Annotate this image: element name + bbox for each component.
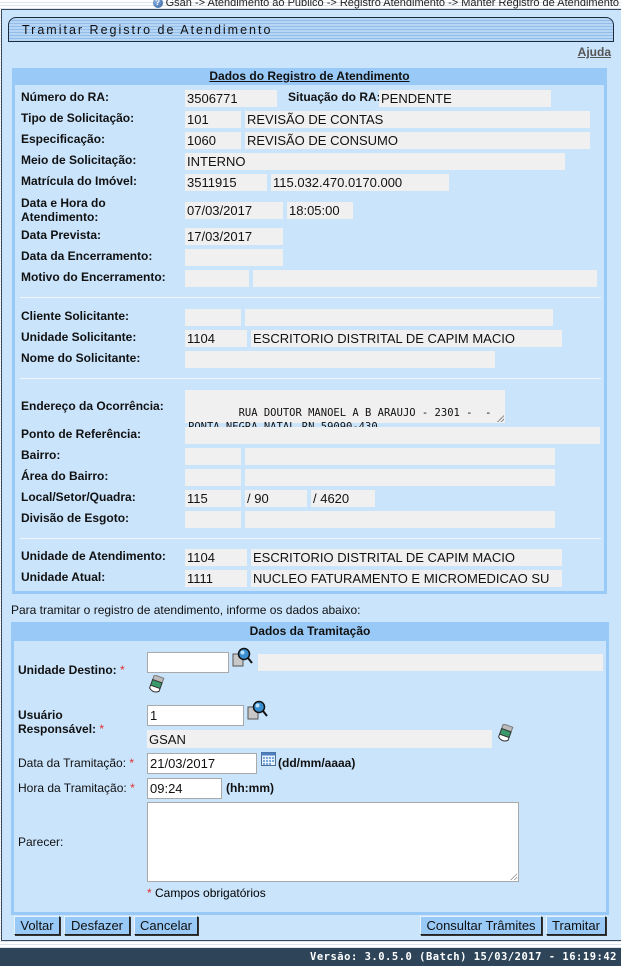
help-circle-icon: ? — [153, 0, 163, 8]
label-bairro: Bairro: — [21, 448, 60, 462]
ponto-referencia-value — [185, 427, 600, 444]
label-usuario-responsavel: UsuárioResponsável: * — [18, 708, 104, 736]
usuario-responsavel-input[interactable]: 1 — [147, 705, 244, 726]
divisao-esgoto-desc — [245, 511, 555, 528]
divisao-esgoto-code — [185, 511, 241, 528]
tipo-solicitacao-code: 101 — [185, 111, 241, 128]
window-title: Tramitar Registro de Atendimento — [22, 23, 272, 37]
resize-grip-icon[interactable] — [510, 873, 517, 880]
eraser-icon[interactable] — [147, 675, 165, 695]
parecer-textarea[interactable] — [147, 802, 519, 882]
endereco-ocorrencia-textarea[interactable]: RUA DOUTOR MANOEL A B ARAUJO - 2301 - - … — [185, 390, 505, 423]
label-data-tramitacao: Data da Tramitação: * — [18, 756, 134, 770]
data-prevista-value: 17/03/2017 — [185, 228, 283, 245]
divider — [20, 297, 601, 298]
eraser-icon[interactable] — [496, 724, 514, 744]
date-format-hint: (dd/mm/aaaa) — [278, 756, 355, 770]
label-parecer: Parecer: — [18, 835, 63, 849]
label-divisao-esgoto: Divisão de Esgoto: — [21, 511, 129, 525]
unidade-solicitante-code: 1104 — [185, 330, 247, 347]
motivo-encerramento-code — [185, 270, 249, 287]
cliente-solicitante-desc — [245, 309, 553, 326]
bairro-desc — [245, 448, 555, 465]
situacao-ra-value: PENDENTE — [379, 90, 551, 107]
tramitar-button[interactable]: Tramitar — [546, 916, 606, 935]
breadcrumb: ? Gsan -> Atendimento ao Publico -> Regi… — [153, 0, 619, 9]
matricula-code: 3511915 — [185, 174, 267, 191]
label-data-prevista: Data Prevista: — [21, 228, 101, 242]
hora-tramitacao-input[interactable]: 09:24 — [147, 778, 222, 799]
unidade-atual-desc: NUCLEO FATURAMENTO E MICROMEDICAO SU — [251, 570, 562, 587]
divider — [20, 378, 601, 379]
label-unidade-atendimento: Unidade de Atendimento: — [21, 549, 166, 563]
quadra-value: / 4620 — [311, 490, 375, 507]
intro-text: Para tramitar o registro de atendimento,… — [11, 603, 361, 617]
version-footer: Versão: 3.0.5.0 (Batch) 15/03/2017 - 16:… — [0, 948, 621, 966]
consultar-tramites-button[interactable]: Consultar Trâmites — [420, 916, 542, 935]
usuario-responsavel-desc: GSAN — [147, 730, 492, 748]
label-situacao-ra: Situação do RA: — [288, 90, 381, 104]
label-motivo-encerramento: Motivo do Encerramento: — [21, 270, 166, 284]
divider — [20, 538, 601, 539]
label-unidade-atual: Unidade Atual: — [21, 570, 105, 584]
cancelar-button[interactable]: Cancelar — [134, 916, 198, 935]
unidade-atual-code: 1111 — [185, 570, 247, 587]
unidade-solicitante-desc: ESCRITORIO DISTRITAL DE CAPIM MACIO — [251, 330, 562, 347]
meio-solicitacao-value: INTERNO — [185, 153, 565, 170]
motivo-encerramento-desc — [253, 270, 597, 287]
label-numero-ra: Número do RA: — [21, 90, 109, 104]
area-bairro-desc — [245, 469, 555, 486]
desfazer-button[interactable]: Desfazer — [64, 916, 130, 935]
data-tramitacao-input[interactable]: 21/03/2017 — [147, 753, 257, 774]
tramitacao-panel: Dados da Tramitação Unidade Destino: * U… — [11, 622, 609, 915]
title-bar: Tramitar Registro de Atendimento — [8, 17, 614, 42]
label-nome-solicitante: Nome do Solicitante: — [21, 351, 140, 365]
nome-solicitante-value — [185, 351, 495, 368]
data-encerramento-value — [185, 249, 283, 266]
label-unidade-solicitante: Unidade Solicitante: — [21, 330, 136, 344]
unidade-destino-input[interactable] — [147, 652, 229, 673]
breadcrumb-text: Gsan -> Atendimento ao Publico -> Regist… — [166, 0, 619, 9]
voltar-button[interactable]: Voltar — [14, 916, 60, 935]
calendar-icon[interactable] — [261, 752, 277, 767]
search-lookup-icon[interactable] — [247, 700, 269, 720]
required-fields-note: * Campos obrigatórios — [147, 886, 266, 900]
label-ponto-referencia: Ponto de Referência: — [21, 427, 141, 441]
unidade-atendimento-desc: ESCRITORIO DISTRITAL DE CAPIM MACIO — [251, 549, 562, 566]
ra-data-panel: Dados do Registro de Atendimento Número … — [12, 68, 607, 594]
cliente-solicitante-code — [185, 309, 241, 326]
especificacao-desc: REVISÃO DE CONSUMO — [245, 132, 590, 149]
area-bairro-code — [185, 469, 241, 486]
unidade-destino-desc — [258, 654, 603, 671]
label-endereco-ocorrencia: Endereço da Ocorrência: — [21, 399, 164, 413]
label-cliente-solicitante: Cliente Solicitante: — [21, 309, 129, 323]
resize-grip-icon[interactable] — [497, 415, 504, 422]
label-hora-tramitacao: Hora da Tramitação: * — [18, 781, 135, 795]
hora-atendimento-value: 18:05:00 — [287, 202, 353, 219]
setor-value: / 90 — [245, 490, 307, 507]
time-format-hint: (hh:mm) — [226, 781, 274, 795]
label-matricula-imovel: Matrícula do Imóvel: — [21, 174, 137, 188]
tramitacao-panel-title: Dados da Tramitação — [11, 622, 609, 641]
search-lookup-icon[interactable] — [232, 647, 254, 667]
label-area-bairro: Área do Bairro: — [21, 469, 108, 483]
label-data-encerramento: Data da Encerramento: — [21, 249, 152, 263]
especificacao-code: 1060 — [185, 132, 241, 149]
data-atendimento-value: 07/03/2017 — [185, 202, 283, 219]
unidade-atendimento-code: 1104 — [185, 549, 247, 566]
label-especificacao: Especificação: — [21, 132, 105, 146]
label-tipo-solicitacao: Tipo de Solicitação: — [21, 111, 134, 125]
label-data-hora-atendimento: Data e Hora doAtendimento: — [21, 196, 106, 224]
tipo-solicitacao-desc: REVISÃO DE CONTAS — [245, 111, 590, 128]
matricula-inscricao: 115.032.470.0170.000 — [271, 174, 449, 191]
ra-panel-title: Dados do Registro de Atendimento — [12, 68, 607, 85]
numero-ra-value: 3506771 — [185, 90, 277, 107]
main-window: Tramitar Registro de Atendimento Ajuda D… — [1, 9, 621, 941]
label-local-setor-quadra: Local/Setor/Quadra: — [21, 490, 136, 504]
local-value: 115 — [185, 490, 241, 507]
label-meio-solicitacao: Meio de Solicitação: — [21, 153, 136, 167]
label-unidade-destino: Unidade Destino: * — [18, 663, 125, 677]
help-link[interactable]: Ajuda — [578, 45, 611, 59]
bairro-code — [185, 448, 241, 465]
